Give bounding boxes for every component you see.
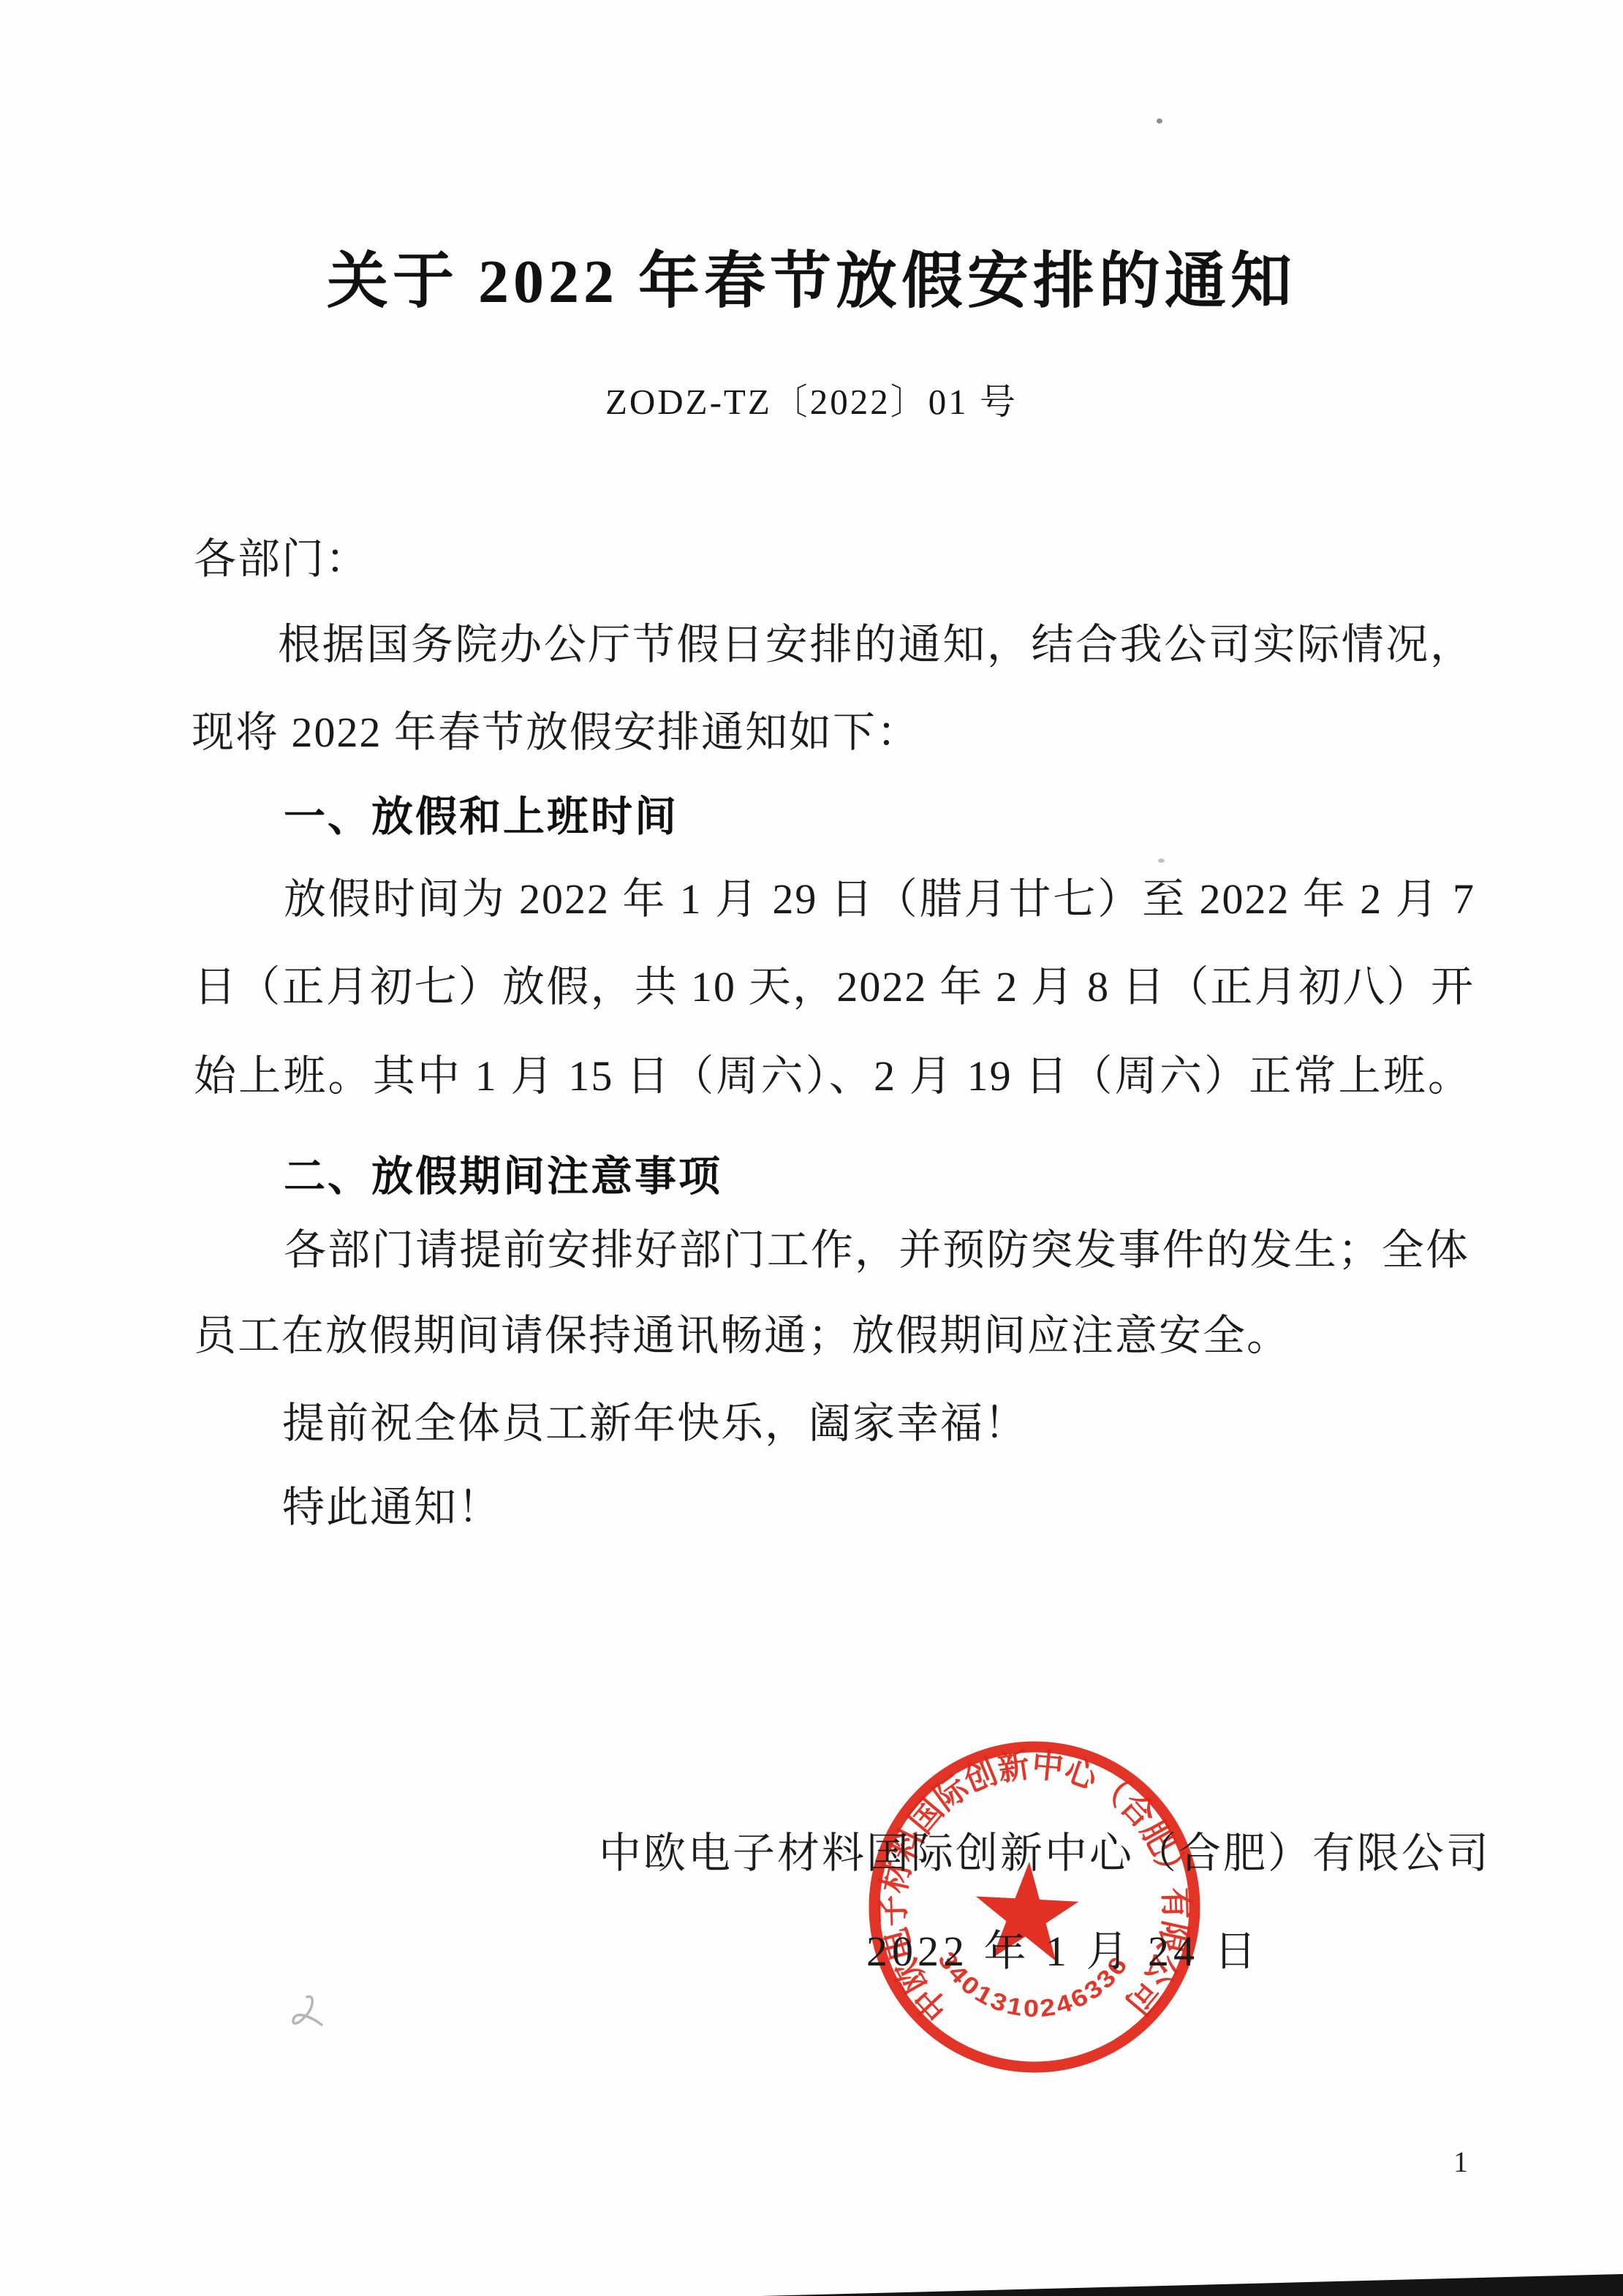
closing-wish-line: 提前祝全体员工新年快乐，阖家幸福！	[282, 1400, 1028, 1447]
closing-notice-line: 特此通知！	[282, 1484, 502, 1531]
scanned-notice-page: 关于 2022 年春节放假安排的通知 ZODZ-TZ〔2022〕01 号 各部门…	[0, 0, 1623, 2296]
section-2-line-2: 员工在放假期间请保持通讯畅通；放假期间应注意安全。	[194, 1313, 1290, 1359]
signature-date: 2022 年 1 月 24 日	[866, 1927, 1261, 1976]
salutation: 各部门：	[194, 536, 369, 583]
pen-squiggle-mark	[285, 1993, 336, 2051]
page-number: 1	[1453, 2145, 1468, 2179]
document-number: ZODZ-TZ〔2022〕01 号	[0, 382, 1623, 423]
paragraph-1-line-1: 根据国务院办公厅节假日安排的通知，结合我公司实际情况，	[278, 622, 1474, 676]
paragraph-1-line-2: 现将 2022 年春节放假安排通知如下：	[192, 709, 920, 756]
section-1-heading: 一、放假和上班时间	[284, 794, 678, 840]
document-title: 关于 2022 年春节放假安排的通知	[0, 247, 1623, 318]
company-seal-stamp: 中欧电子材料国际创新中心（合肥）有限公司 3401310246336	[848, 1720, 1228, 2097]
scan-speck	[1158, 858, 1165, 863]
section-1-line-2: 日（正月初七）放假，共 10 天，2022 年 2 月 8 日（正月初八）开	[194, 964, 1475, 1019]
signature-company-name: 中欧电子材料国际创新中心（合肥）有限公司	[599, 1829, 1491, 1878]
section-2-line-1: 各部门请提前安排好部门工作，并预防突发事件的发生；全体	[284, 1227, 1469, 1282]
scan-speck	[1157, 118, 1162, 124]
scan-edge-shadow	[760, 2267, 1623, 2296]
section-2-heading: 二、放假期间注意事项	[284, 1154, 722, 1200]
section-1-line-1: 放假时间为 2022 年 1 月 29 日（腊月廿七）至 2022 年 2 月 …	[284, 876, 1475, 931]
section-1-line-3: 始上班。其中 1 月 15 日（周六）、2 月 19 日（周六）正常上班。	[194, 1053, 1472, 1108]
